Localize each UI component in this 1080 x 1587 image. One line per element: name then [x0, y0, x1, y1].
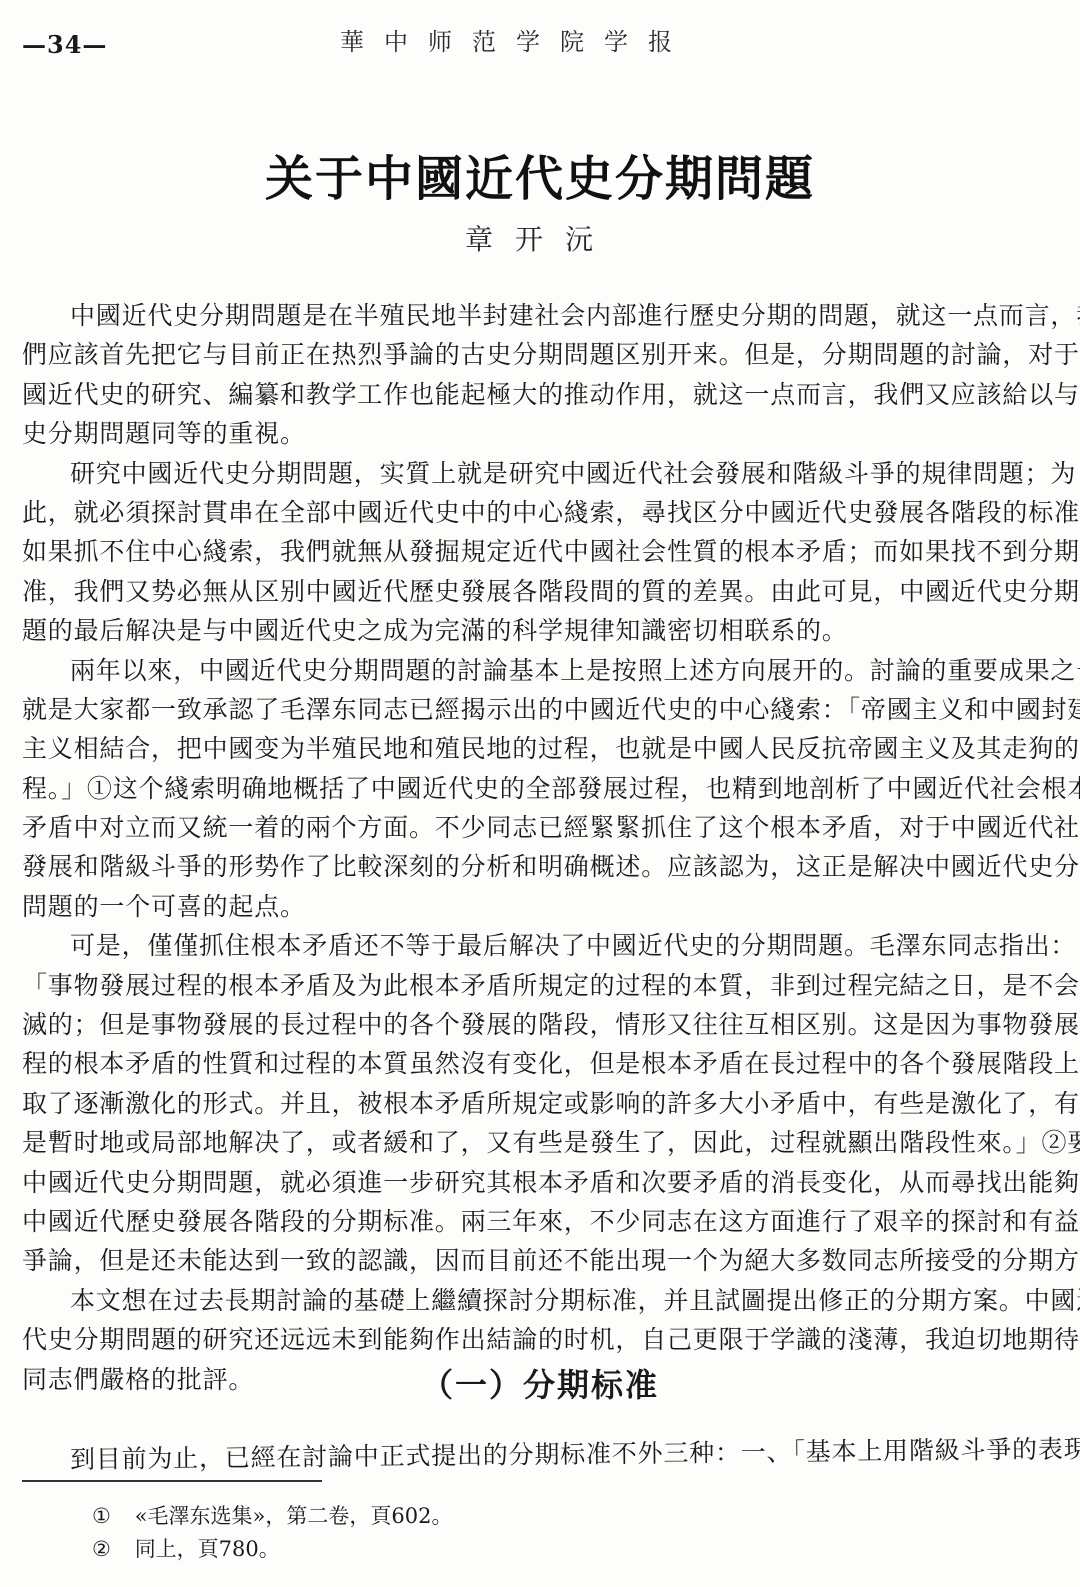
text-line: 國近代史的研究、編纂和教学工作也能起極大的推动作用，就这一点而言，我們又应該給以…	[22, 375, 1042, 414]
paragraph: 研究中國近代史分期問題，实質上就是研究中國近代社会發展和階級斗爭的規律問題；为 …	[22, 454, 1042, 651]
text-line: 此，就必須探討貫串在全部中國近代史中的中心綫索，尋找区分中國近代史發展各階段的标…	[22, 493, 1042, 532]
text-line: 本文想在过去長期討論的基礎上繼續探討分期标准，并且試圖提出修正的分期方案。中國近	[22, 1281, 1042, 1320]
article-title: 关于中國近代史分期問題	[0, 140, 1080, 209]
paragraph: 中國近代史分期問題是在半殖民地半封建社会内部進行歷史分期的問題，就这一点而言，我…	[22, 296, 1042, 454]
text-line: 如果抓不住中心綫索，我們就無从發掘規定近代中國社会性質的根本矛盾；而如果找不到分…	[22, 532, 1042, 571]
footnotes: ① «毛澤东选集»，第二卷，頁602。 ② 同上，頁780。	[92, 1500, 452, 1566]
footnote-2: ② 同上，頁780。	[92, 1533, 452, 1566]
text-line: 代史分期問題的研究还远远未到能夠作出結論的时机，自己更限于学識的淺薄，我迫切地期…	[22, 1320, 1042, 1359]
page-number: —34—	[22, 30, 107, 59]
text-line: 矛盾中对立而又統一着的兩个方面。不少同志已經緊緊抓住了这个根本矛盾，对于中國近代…	[22, 808, 1042, 847]
text-line: 程。」①这个綫索明确地概括了中國近代史的全部發展过程，也精到地剖析了中國近代社会…	[22, 769, 1042, 808]
text-line: 滅的；但是事物發展的長过程中的各个發展的階段，情形又往往互相区别。这是因为事物發…	[22, 1005, 1042, 1044]
text-line: 程的根本矛盾的性質和过程的本質虽然沒有变化，但是根本矛盾在長过程中的各个發展階段…	[22, 1044, 1042, 1083]
text-line: 中國近代史分期問題，就必須進一步研究其根本矛盾和次要矛盾的消長变化，从而尋找出能…	[22, 1163, 1042, 1202]
footnote-text: «毛澤东选集»，第二卷，頁602。	[135, 1504, 453, 1528]
text-line: 取了逐漸激化的形式。并且，被根本矛盾所規定或影响的許多大小矛盾中，有些是激化了，…	[22, 1084, 1042, 1123]
section-heading: （一）分期标准	[0, 1360, 1080, 1406]
running-header: —34— 華中师范学院学报	[0, 18, 1080, 58]
text-line: 准，我們又势必無从区别中國近代歷史發展各階段間的質的差異。由此可見，中國近代史分…	[22, 572, 1042, 611]
footnote-marker: ①	[92, 1500, 128, 1533]
footnote-divider	[22, 1480, 322, 1482]
text-line: 發展和階級斗爭的形势作了比較深刻的分析和明确概述。应該認为，这正是解决中國近代史…	[22, 847, 1042, 886]
text-line: 可是，僅僅抓住根本矛盾还不等于最后解决了中國近代史的分期問題。毛澤东同志指出：	[22, 926, 1042, 965]
text-line: 題的最后解决是与中國近代史之成为完滿的科学規律知識密切相联系的。	[22, 611, 1042, 650]
document-page: —34— 華中师范学院学报 关于中國近代史分期問題 章开沅 中國近代史分期問題是…	[0, 0, 1080, 1587]
text-line: 兩年以來，中國近代史分期問題的討論基本上是按照上述方向展开的。討論的重要成果之一…	[22, 651, 1042, 690]
text-line: 研究中國近代史分期問題，实質上就是研究中國近代社会發展和階級斗爭的規律問題；为	[22, 454, 1042, 493]
text-line: 中國近代史分期問題是在半殖民地半封建社会内部進行歷史分期的問題，就这一点而言，我	[22, 296, 1042, 335]
paragraph: 兩年以來，中國近代史分期問題的討論基本上是按照上述方向展开的。討論的重要成果之一…	[22, 651, 1042, 927]
text-line: 史分期問題同等的重視。	[22, 414, 1042, 453]
paragraph: 可是，僅僅抓住根本矛盾还不等于最后解决了中國近代史的分期問題。毛澤东同志指出： …	[22, 926, 1042, 1281]
text-line: 問題的一个可喜的起点。	[22, 887, 1042, 926]
section-first-line: 到目前为止，已經在討論中正式提出的分期标准不外三种：一、「基本上用階級斗爭的表現	[70, 1430, 1040, 1476]
text-line: 們应該首先把它与目前正在热烈爭論的古史分期問題区别开来。但是，分期問題的討論，对…	[22, 335, 1042, 374]
text-line: 是暫时地或局部地解决了，或者緩和了，又有些是發生了，因此，过程就顯出階段性來。」…	[22, 1123, 1042, 1162]
footnote-marker: ②	[92, 1533, 128, 1566]
footnote-text: 同上，頁780。	[135, 1537, 280, 1561]
footnote-1: ① «毛澤东选集»，第二卷，頁602。	[92, 1500, 452, 1533]
text-line: 爭論，但是还未能达到一致的認識，因而目前还不能出現一个为絕大多数同志所接受的分期…	[22, 1241, 1042, 1280]
text-line: 主义相結合，把中國变为半殖民地和殖民地的过程，也就是中國人民反抗帝國主义及其走狗…	[22, 729, 1042, 768]
text-line: 中國近代歷史發展各階段的分期标准。兩三年來，不少同志在这方面進行了艰辛的探討和有…	[22, 1202, 1042, 1241]
text-line: 就是大家都一致承認了毛澤东同志已經揭示出的中國近代史的中心綫索：「帝國主义和中國…	[22, 690, 1042, 729]
journal-name: 華中师范学院学报	[340, 22, 692, 57]
article-body: 中國近代史分期問題是在半殖民地半封建社会内部進行歷史分期的問題，就这一点而言，我…	[22, 296, 1042, 1399]
article-author: 章开沅	[0, 218, 1080, 258]
text-line: 「事物發展过程的根本矛盾及为此根本矛盾所規定的过程的本質，非到过程完結之日，是不…	[22, 966, 1042, 1005]
